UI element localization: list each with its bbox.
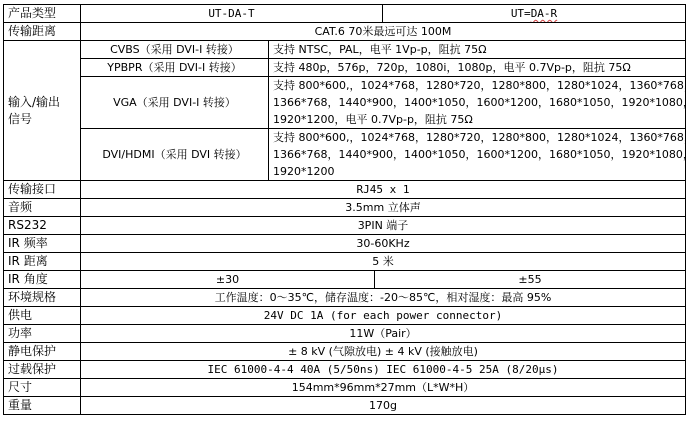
label-rs232: RS232 bbox=[4, 217, 81, 235]
io-spec-vga: 支持 800*600,，1024*768，1280*720，1280*800，1… bbox=[269, 77, 686, 129]
value-size: 154mm*96mm*27mm（L*W*H） bbox=[81, 379, 686, 397]
value-power: 11W（Pair） bbox=[81, 325, 686, 343]
io-spec-dvi-hdmi-line2: 1366*768，1440*900，1400*1050，1600*1200，16… bbox=[273, 146, 681, 163]
value-esd: ± 8 kV (气隙放电) ± 4 kV (接触放电) bbox=[81, 343, 686, 361]
io-name-dvi-hdmi: DVI/HDMI（采用 DVI 转接） bbox=[81, 129, 269, 181]
row-distance: 传输距离 CAT.6 70米最远可达 100M bbox=[4, 23, 686, 41]
row-surge: 过载保护 IEC 61000-4-4 40A (5/50ns) IEC 6100… bbox=[4, 361, 686, 379]
label-interface: 传输接口 bbox=[4, 181, 81, 199]
io-spec-cvbs: 支持 NTSC，PAL，电平 1Vp-p，阻抗 75Ω bbox=[269, 41, 686, 59]
value-weight: 170g bbox=[81, 397, 686, 415]
label-io-signal-line2: 信号 bbox=[8, 111, 76, 128]
value-surge: IEC 61000-4-4 40A (5/50ns) IEC 61000-4-5… bbox=[81, 361, 686, 379]
model-receiver: UT=DA-R bbox=[383, 5, 686, 23]
label-ir-distance: IR 距离 bbox=[4, 253, 81, 271]
value-ir-distance: 5 米 bbox=[81, 253, 686, 271]
row-esd: 静电保护 ± 8 kV (气隙放电) ± 4 kV (接触放电) bbox=[4, 343, 686, 361]
row-ir-angle: IR 角度 ±30 ±55 bbox=[4, 271, 686, 289]
io-spec-vga-line2: 1366*768，1440*900，1400*1050，1600*1200，16… bbox=[273, 94, 681, 111]
io-spec-dvi-hdmi-line1: 支持 800*600,，1024*768，1280*720，1280*800，1… bbox=[273, 129, 681, 146]
label-audio: 音频 bbox=[4, 199, 81, 217]
spec-table: 产品类型 UT-DA-T UT=DA-R 传输距离 CAT.6 70米最远可达 … bbox=[3, 4, 686, 415]
model-transmitter: UT-DA-T bbox=[81, 5, 383, 23]
label-io-signal-line1: 输入/输出 bbox=[8, 94, 76, 111]
row-power: 功率 11W（Pair） bbox=[4, 325, 686, 343]
io-spec-dvi-hdmi: 支持 800*600,，1024*768，1280*720，1280*800，1… bbox=[269, 129, 686, 181]
row-environment: 环境规格 工作温度：0～35℃，储存温度：-20～85℃，相对湿度：最高 95% bbox=[4, 289, 686, 307]
row-size: 尺寸 154mm*96mm*27mm（L*W*H） bbox=[4, 379, 686, 397]
io-spec-dvi-hdmi-line3: 1920*1200 bbox=[273, 163, 681, 180]
value-ir-angle-receiver: ±55 bbox=[375, 271, 686, 289]
label-io-signal: 输入/输出 信号 bbox=[4, 41, 81, 181]
io-name-cvbs: CVBS（采用 DVI-I 转接） bbox=[81, 41, 269, 59]
io-spec-ypbpr: 支持 480p，576p，720p，1080i，1080p，电平 0.7Vp-p… bbox=[269, 59, 686, 77]
row-power-supply: 供电 24V DC 1A (for each power connector) bbox=[4, 307, 686, 325]
io-name-ypbpr: YPBPR（采用 DVI-I 转接） bbox=[81, 59, 269, 77]
row-io-vga: VGA（采用 DVI-I 转接） 支持 800*600,，1024*768，12… bbox=[4, 77, 686, 129]
row-interface: 传输接口 RJ45 x 1 bbox=[4, 181, 686, 199]
row-ir-distance: IR 距离 5 米 bbox=[4, 253, 686, 271]
label-ir-angle: IR 角度 bbox=[4, 271, 81, 289]
io-name-vga: VGA（采用 DVI-I 转接） bbox=[81, 77, 269, 129]
label-environment: 环境规格 bbox=[4, 289, 81, 307]
label-power-supply: 供电 bbox=[4, 307, 81, 325]
model-receiver-prefix: UT= bbox=[511, 7, 531, 20]
value-distance: CAT.6 70米最远可达 100M bbox=[81, 23, 686, 41]
value-interface: RJ45 x 1 bbox=[81, 181, 686, 199]
model-receiver-suffix: DA-R bbox=[531, 7, 558, 20]
row-audio: 音频 3.5mm 立体声 bbox=[4, 199, 686, 217]
row-io-cvbs: 输入/输出 信号 CVBS（采用 DVI-I 转接） 支持 NTSC，PAL，电… bbox=[4, 41, 686, 59]
label-ir-freq: IR 频率 bbox=[4, 235, 81, 253]
row-rs232: RS232 3PIN 端子 bbox=[4, 217, 686, 235]
row-io-ypbpr: YPBPR（采用 DVI-I 转接） 支持 480p，576p，720p，108… bbox=[4, 59, 686, 77]
label-distance: 传输距离 bbox=[4, 23, 81, 41]
value-environment: 工作温度：0～35℃，储存温度：-20～85℃，相对湿度：最高 95% bbox=[81, 289, 686, 307]
label-esd: 静电保护 bbox=[4, 343, 81, 361]
io-spec-vga-line3: 1920*1200，电平 0.7Vp-p，阻抗 75Ω bbox=[273, 111, 681, 128]
io-spec-vga-line1: 支持 800*600,，1024*768，1280*720，1280*800，1… bbox=[273, 77, 681, 94]
label-weight: 重量 bbox=[4, 397, 81, 415]
value-audio: 3.5mm 立体声 bbox=[81, 199, 686, 217]
row-weight: 重量 170g bbox=[4, 397, 686, 415]
value-rs232: 3PIN 端子 bbox=[81, 217, 686, 235]
label-product-type: 产品类型 bbox=[4, 5, 81, 23]
value-power-supply: 24V DC 1A (for each power connector) bbox=[81, 307, 686, 325]
label-surge: 过载保护 bbox=[4, 361, 81, 379]
row-product-type: 产品类型 UT-DA-T UT=DA-R bbox=[4, 5, 686, 23]
label-power: 功率 bbox=[4, 325, 81, 343]
value-ir-angle-transmitter: ±30 bbox=[81, 271, 375, 289]
label-size: 尺寸 bbox=[4, 379, 81, 397]
row-io-dvi-hdmi: DVI/HDMI（采用 DVI 转接） 支持 800*600,，1024*768… bbox=[4, 129, 686, 181]
value-ir-freq: 30-60KHz bbox=[81, 235, 686, 253]
row-ir-freq: IR 频率 30-60KHz bbox=[4, 235, 686, 253]
